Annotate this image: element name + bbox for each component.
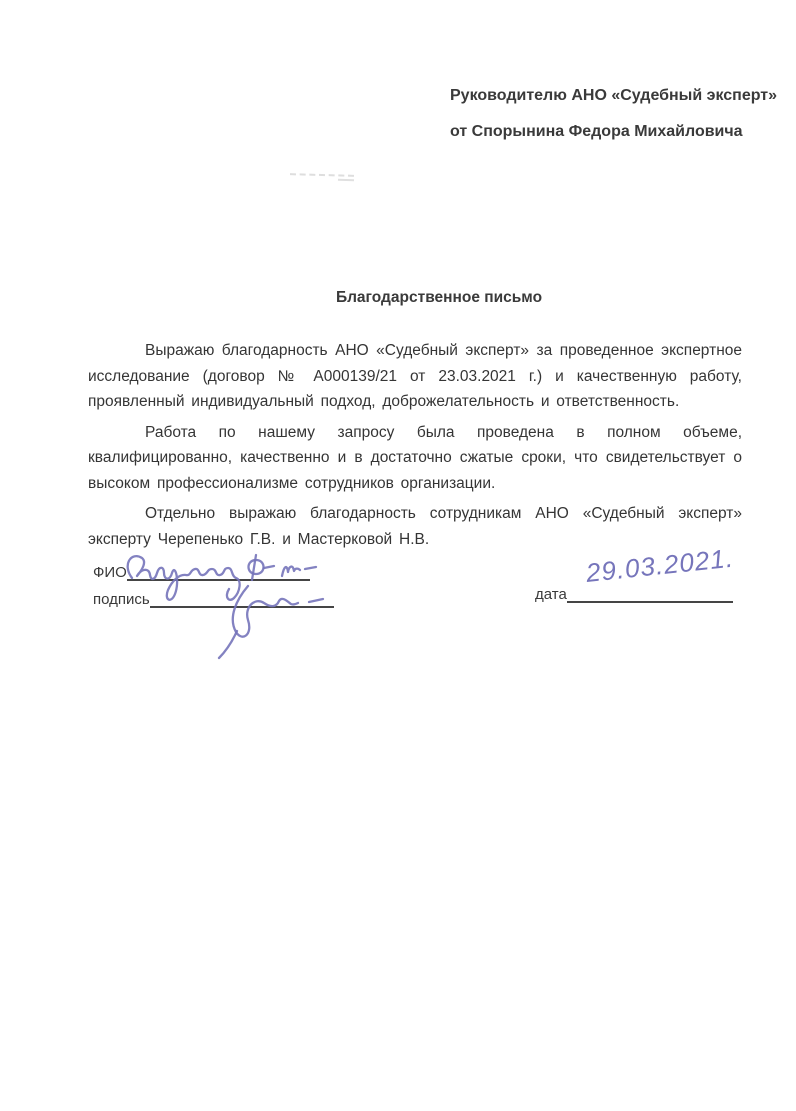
date-row: дата <box>535 586 733 603</box>
signature-label: подпись <box>93 592 150 608</box>
letter-body: Выражаю благодарность АНО «Судебный эксп… <box>88 338 742 557</box>
signature-row: подпись <box>93 591 334 608</box>
paragraph-staff-thanks: Отдельно выражаю благодарность сотрудник… <box>88 501 742 552</box>
date-label: дата <box>535 587 567 603</box>
recipient-block: Руководителю АНО «Судебный эксперт» от С… <box>450 78 777 150</box>
fio-label: ФИО <box>93 565 127 581</box>
recipient-line-2: от Спорынина Федора Михайловича <box>450 114 777 150</box>
paragraph-gratitude: Выражаю благодарность АНО «Судебный эксп… <box>88 338 742 415</box>
fio-row: ФИО <box>93 564 310 581</box>
signature-underline <box>150 591 334 608</box>
fio-underline <box>127 564 310 581</box>
paragraph-work-quality: Работа по нашему запросу была проведена … <box>88 420 742 497</box>
scan-artifact <box>290 173 354 177</box>
date-underline <box>567 586 733 603</box>
scanned-letter-page: Руководителю АНО «Судебный эксперт» от С… <box>0 0 796 1111</box>
scan-artifact <box>338 179 354 182</box>
letter-title: Благодарственное письмо <box>88 289 742 307</box>
recipient-line-1: Руководителю АНО «Судебный эксперт» <box>450 78 777 114</box>
